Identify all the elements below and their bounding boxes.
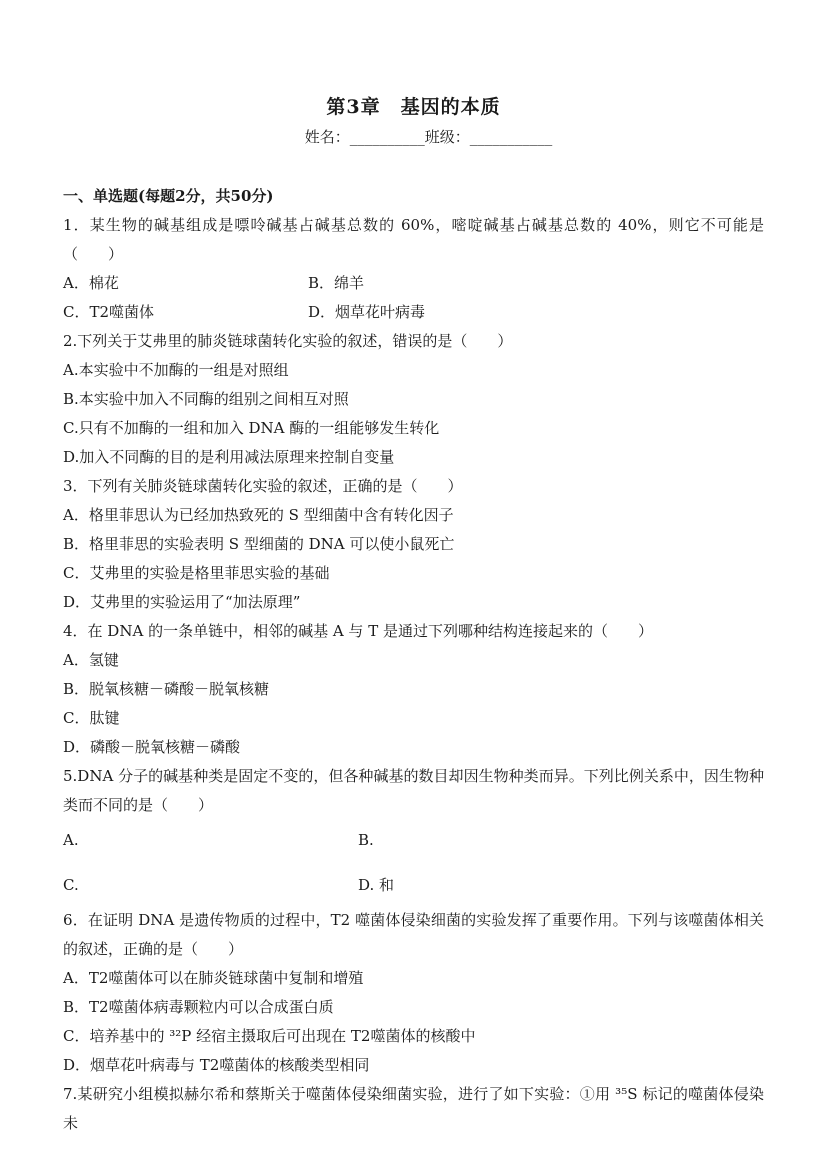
question-6-option-c: C．培养基中的 ³²P 经宿主摄取后可出现在 T2噬菌体的核酸中 xyxy=(63,1022,764,1051)
question-5-options: A. B. C. D. 和 xyxy=(63,826,764,900)
question-1-option-a: A．棉花 xyxy=(63,269,308,298)
question-1-option-d: D．烟草花叶病毒 xyxy=(308,298,764,327)
question-3-option-c: C．艾弗里的实验是格里菲思实验的基础 xyxy=(63,559,764,588)
class-blank: ___________ xyxy=(470,128,553,146)
question-5-stem: 5.DNA 分子的碱基种类是固定不变的，但各种碱基的数目却因生物种类而异。下列比… xyxy=(63,762,764,820)
question-2: 2.下列关于艾弗里的肺炎链球菌转化实验的叙述，错误的是（ ） A.本实验中不加酶… xyxy=(63,327,764,472)
question-1-option-c: C．T2噬菌体 xyxy=(63,298,308,327)
page-title: 第3章 基因的本质 xyxy=(63,94,764,120)
name-blank: __________ xyxy=(350,128,425,146)
question-4-option-b: B．脱氧核糖－磷酸－脱氧核糖 xyxy=(63,675,764,704)
question-1-option-b: B．绵羊 xyxy=(308,269,764,298)
question-5: 5.DNA 分子的碱基种类是固定不变的，但各种碱基的数目却因生物种类而异。下列比… xyxy=(63,762,764,900)
name-class-line: 姓名：__________班级：___________ xyxy=(93,123,764,152)
section-header: 一、单选题(每题2分，共50分) xyxy=(63,182,764,211)
question-5-option-c: C. xyxy=(63,871,358,900)
question-4-option-d: D．磷酸－脱氧核糖－磷酸 xyxy=(63,733,764,762)
question-6-stem: 6．在证明 DNA 是遗传物质的过程中，T2 噬菌体侵染细菌的实验发挥了重要作用… xyxy=(63,906,764,964)
question-6: 6．在证明 DNA 是遗传物质的过程中，T2 噬菌体侵染细菌的实验发挥了重要作用… xyxy=(63,906,764,1080)
question-7-stem: 7.某研究小组模拟赫尔希和蔡斯关于噬菌体侵染细菌实验，进行了如下实验：①用 ³⁵… xyxy=(63,1080,764,1138)
question-1: 1．某生物的碱基组成是嘌呤碱基占碱基总数的 60%，嘧啶碱基占碱基总数的 40%… xyxy=(63,211,764,327)
question-2-option-b: B.本实验中加入不同酶的组别之间相互对照 xyxy=(63,385,764,414)
question-4: 4．在 DNA 的一条单链中，相邻的碱基 A 与 T 是通过下列哪种结构连接起来… xyxy=(63,617,764,762)
name-label: 姓名： xyxy=(305,128,350,146)
question-1-stem: 1．某生物的碱基组成是嘌呤碱基占碱基总数的 60%，嘧啶碱基占碱基总数的 40%… xyxy=(63,211,764,269)
question-6-option-d: D．烟草花叶病毒与 T2噬菌体的核酸类型相同 xyxy=(63,1051,764,1080)
question-2-option-c: C.只有不加酶的一组和加入 DNA 酶的一组能够发生转化 xyxy=(63,414,764,443)
question-2-stem: 2.下列关于艾弗里的肺炎链球菌转化实验的叙述，错误的是（ ） xyxy=(63,327,764,356)
question-4-option-a: A．氢键 xyxy=(63,646,764,675)
question-3: 3．下列有关肺炎链球菌转化实验的叙述，正确的是（ ） A．格里菲思认为已经加热致… xyxy=(63,472,764,617)
question-6-option-a: A．T2噬菌体可以在肺炎链球菌中复制和增殖 xyxy=(63,964,764,993)
question-3-option-d: D．艾弗里的实验运用了“加法原理” xyxy=(63,588,764,617)
question-3-option-a: A．格里菲思认为已经加热致死的 S 型细菌中含有转化因子 xyxy=(63,501,764,530)
class-label: 班级： xyxy=(425,128,470,146)
question-5-option-d: D. 和 xyxy=(358,871,764,900)
question-4-option-c: C．肽键 xyxy=(63,704,764,733)
question-1-options: A．棉花 B．绵羊 C．T2噬菌体 D．烟草花叶病毒 xyxy=(63,269,764,327)
question-5-option-b: B. xyxy=(358,826,764,855)
question-3-stem: 3．下列有关肺炎链球菌转化实验的叙述，正确的是（ ） xyxy=(63,472,764,501)
question-2-option-d: D.加入不同酶的目的是利用减法原理来控制自变量 xyxy=(63,443,764,472)
question-6-option-b: B．T2噬菌体病毒颗粒内可以合成蛋白质 xyxy=(63,993,764,1022)
question-3-option-b: B．格里菲思的实验表明 S 型细菌的 DNA 可以使小鼠死亡 xyxy=(63,530,764,559)
question-4-stem: 4．在 DNA 的一条单链中，相邻的碱基 A 与 T 是通过下列哪种结构连接起来… xyxy=(63,617,764,646)
question-2-option-a: A.本实验中不加酶的一组是对照组 xyxy=(63,356,764,385)
test-paper-page: 第3章 基因的本质 姓名：__________班级：___________ 一、… xyxy=(0,0,827,1169)
question-7: 7.某研究小组模拟赫尔希和蔡斯关于噬菌体侵染细菌实验，进行了如下实验：①用 ³⁵… xyxy=(63,1080,764,1138)
question-5-option-a: A. xyxy=(63,826,358,855)
